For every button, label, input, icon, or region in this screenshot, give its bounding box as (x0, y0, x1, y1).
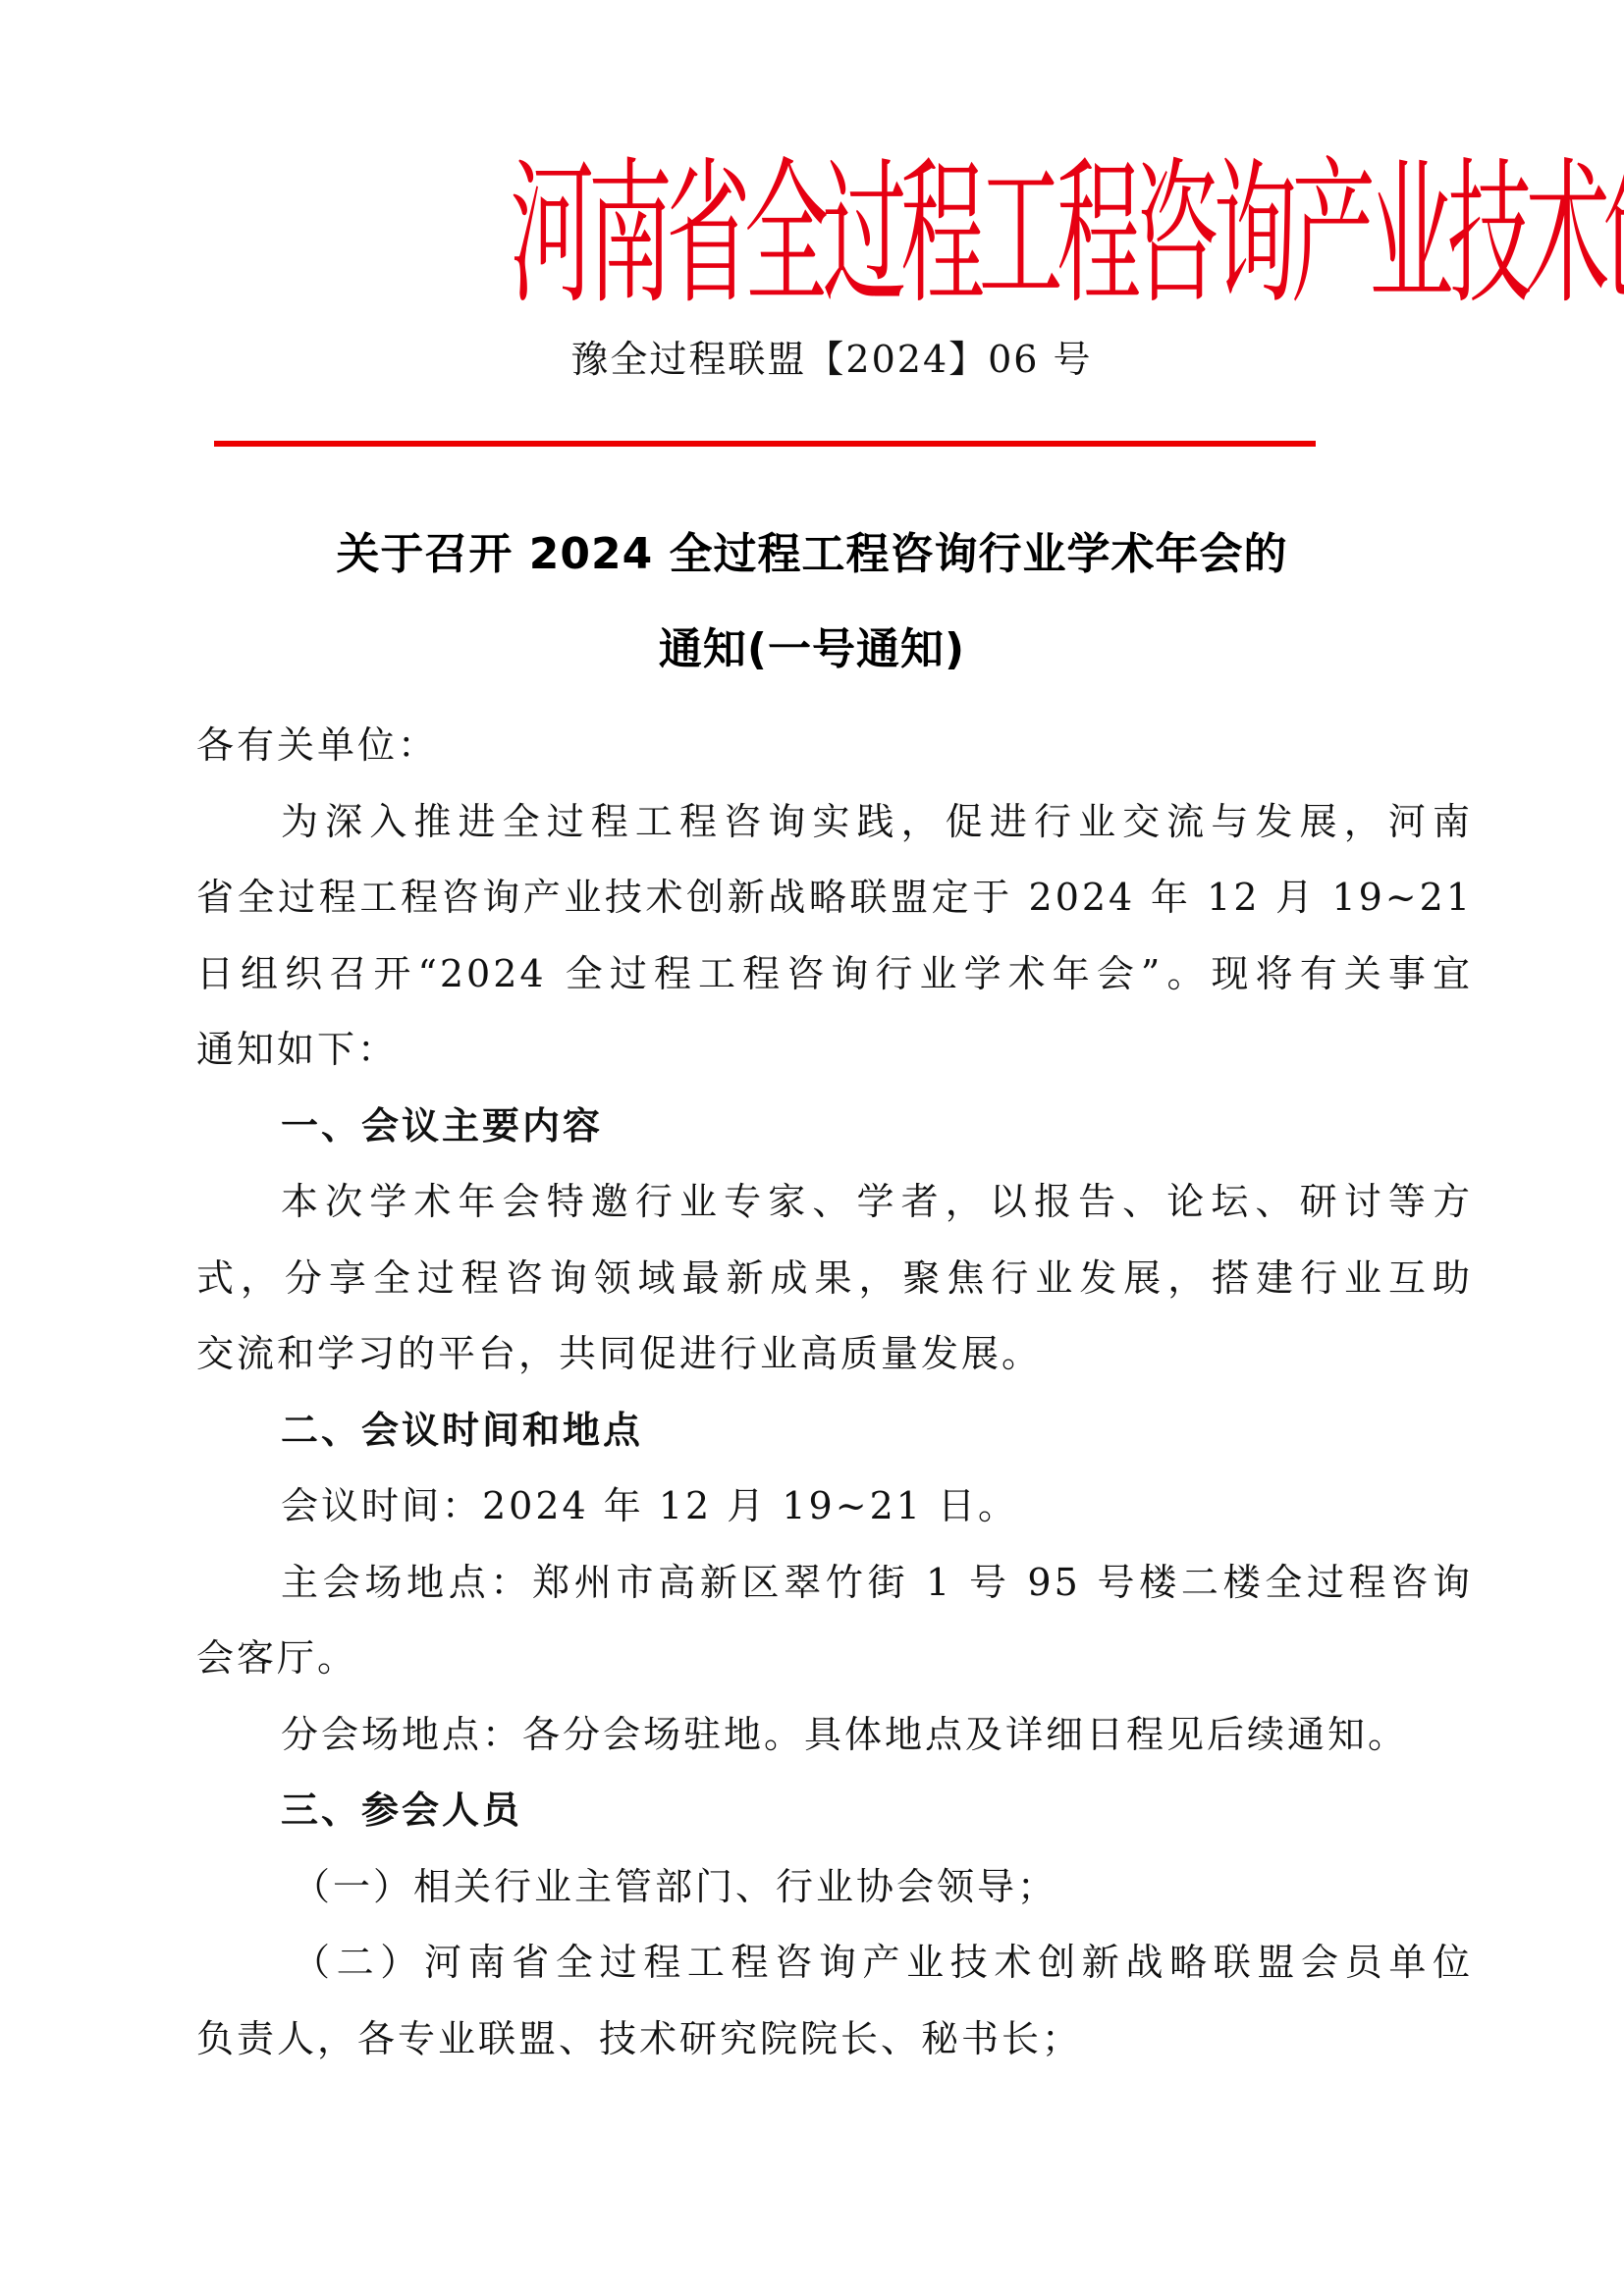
intro-line-2: 省全过程工程咨询产业技术创新战略联盟定于 2024 年 12 月 19~21 (196, 860, 1473, 936)
section-1-line-1: 本次学术年会特邀行业专家、学者，以报告、论坛、研讨等方 (196, 1164, 1473, 1241)
section-heading-2: 二、会议时间和地点 (196, 1393, 1473, 1469)
meeting-time: 会议时间：2024 年 12 月 19~21 日。 (196, 1468, 1473, 1545)
section-1-line-2: 式，分享全过程咨询领域最新成果，聚焦行业发展，搭建行业互助 (196, 1241, 1473, 1317)
intro-line-1: 为深入推进全过程工程咨询实践，促进行业交流与发展，河南 (196, 784, 1473, 861)
red-divider-rule (214, 441, 1316, 447)
attendee-item-2-line-2: 负责人，各专业联盟、技术研究院院长、秘书长； (196, 2002, 1473, 2078)
section-heading-3: 三、参会人员 (196, 1773, 1473, 1849)
salutation: 各有关单位： (196, 708, 1473, 784)
document-number: 豫全过程联盟【2024】06 号 (0, 329, 1624, 383)
branch-venue: 分会场地点：各分会场驻地。具体地点及详细日程见后续通知。 (196, 1697, 1473, 1774)
organization-name: 河南省全过程工程咨询产业技术创新战略联盟 (510, 108, 1624, 364)
intro-line-3: 日组织召开“2024 全过程工程咨询行业学术年会”。现将有关事宜 (196, 936, 1473, 1013)
main-venue-line-2: 会客厅。 (196, 1621, 1473, 1697)
document-body: 各有关单位： 为深入推进全过程工程咨询实践，促进行业交流与发展，河南 省全过程工… (196, 708, 1473, 2077)
organization-header: 河南省全过程工程咨询产业技术创新战略联盟 (290, 108, 1438, 364)
main-venue-line-1: 主会场地点：郑州市高新区翠竹街 1 号 95 号楼二楼全过程咨询 (196, 1545, 1473, 1622)
document-page: 河南省全过程工程咨询产业技术创新战略联盟 豫全过程联盟【2024】06 号 关于… (0, 0, 1624, 2296)
document-title-line-2: 通知(一号通知) (0, 614, 1624, 676)
attendee-item-1: （一）相关行业主管部门、行业协会领导； (196, 1849, 1473, 1926)
document-title-line-1: 关于召开 2024 全过程工程咨询行业学术年会的 (0, 518, 1624, 581)
intro-line-4: 通知如下： (196, 1012, 1473, 1089)
section-1-line-3: 交流和学习的平台，共同促进行业高质量发展。 (196, 1316, 1473, 1393)
attendee-item-2-line-1: （二）河南省全过程工程咨询产业技术创新战略联盟会员单位 (196, 1925, 1473, 2002)
section-heading-1: 一、会议主要内容 (196, 1089, 1473, 1165)
